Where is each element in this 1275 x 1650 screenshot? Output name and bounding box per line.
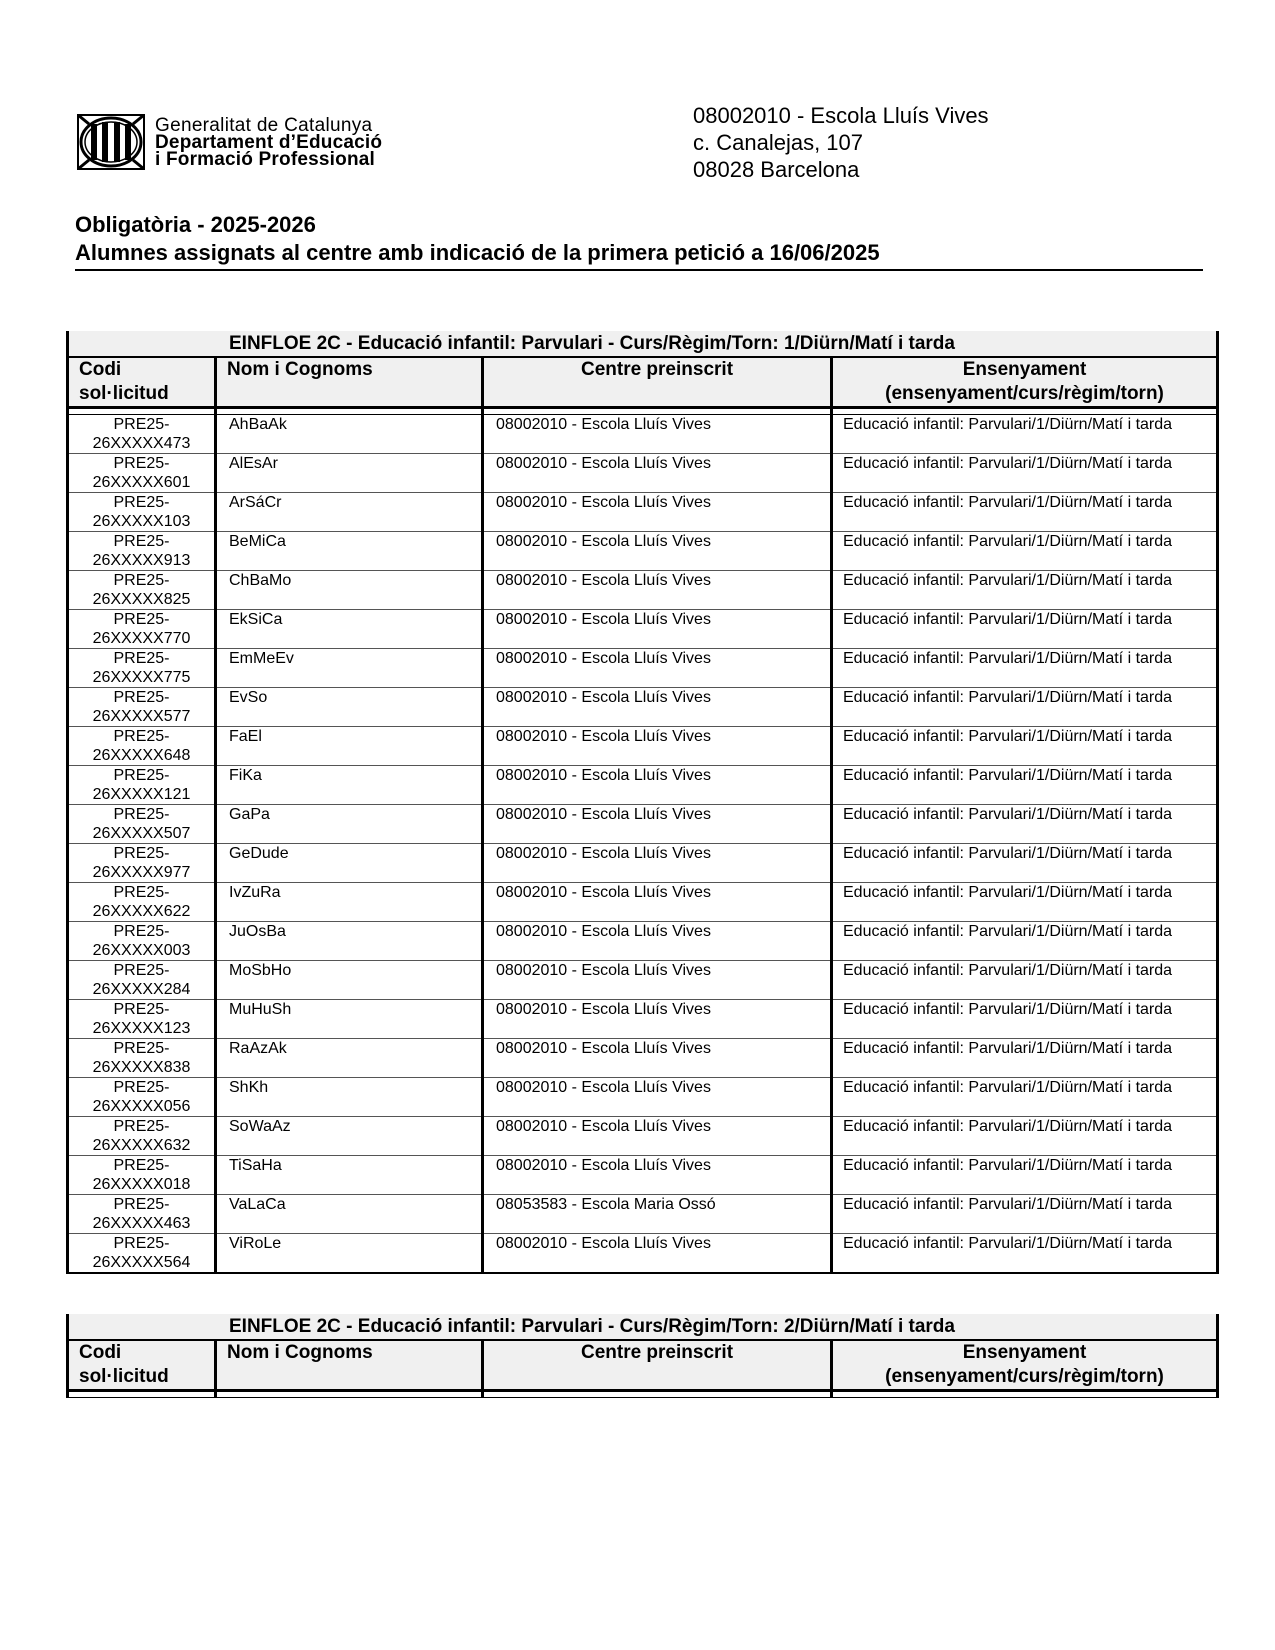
cell-ensenyament: Educació infantil: Parvulari/1/Diürn/Mat… [832, 1000, 1218, 1039]
table-row: PRE25-26XXXXX770EkSiCa08002010 - Escola … [68, 610, 1218, 649]
table-row: PRE25-26XXXXX123MuHuSh08002010 - Escola … [68, 1000, 1218, 1039]
cell-ensenyament: Educació infantil: Parvulari/1/Diürn/Mat… [832, 532, 1218, 571]
cell-ensenyament: Educació infantil: Parvulari/1/Diürn/Mat… [832, 883, 1218, 922]
cell-codi: PRE25-26XXXXX564 [68, 1234, 216, 1274]
cell-nom: AhBaAk [216, 415, 483, 454]
cell-ensenyament: Educació infantil: Parvulari/1/Diürn/Mat… [832, 1195, 1218, 1234]
table-row: PRE25-26XXXXX632SoWaAz08002010 - Escola … [68, 1117, 1218, 1156]
table-row: PRE25-26XXXXX838RaAzAk08002010 - Escola … [68, 1039, 1218, 1078]
cell-centre: 08002010 - Escola Lluís Vives [483, 649, 832, 688]
cell-codi: PRE25-26XXXXX632 [68, 1117, 216, 1156]
cell-codi: PRE25-26XXXXX775 [68, 649, 216, 688]
column-header-nom: Nom i Cognoms [216, 357, 483, 408]
cell-nom: ShKh [216, 1078, 483, 1117]
cell-codi: PRE25-26XXXXX770 [68, 610, 216, 649]
cell-ensenyament: Educació infantil: Parvulari/1/Diürn/Mat… [832, 766, 1218, 805]
cell-centre: 08002010 - Escola Lluís Vives [483, 688, 832, 727]
cell-nom: VaLaCa [216, 1195, 483, 1234]
table-row: PRE25-26XXXXX977GeDude08002010 - Escola … [68, 844, 1218, 883]
students-table-course-1: EINFLOE 2C - Educació infantil: Parvular… [66, 331, 1219, 1274]
cell-centre: 08002010 - Escola Lluís Vives [483, 922, 832, 961]
cell-centre: 08002010 - Escola Lluís Vives [483, 571, 832, 610]
table-row: PRE25-26XXXXX564ViRoLe08002010 - Escola … [68, 1234, 1218, 1274]
cell-nom: GaPa [216, 805, 483, 844]
cell-nom: FaEl [216, 727, 483, 766]
cell-codi: PRE25-26XXXXX838 [68, 1039, 216, 1078]
cell-codi: PRE25-26XXXXX648 [68, 727, 216, 766]
column-header-nom: Nom i Cognoms [216, 1340, 483, 1391]
cell-nom: IvZuRa [216, 883, 483, 922]
cell-nom: FiKa [216, 766, 483, 805]
cell-codi: PRE25-26XXXXX463 [68, 1195, 216, 1234]
school-address: c. Canalejas, 107 [693, 129, 989, 156]
cell-centre: 08002010 - Escola Lluís Vives [483, 532, 832, 571]
cell-centre: 08002010 - Escola Lluís Vives [483, 493, 832, 532]
table-row: PRE25-26XXXXX473AhBaAk08002010 - Escola … [68, 415, 1218, 454]
cell-codi: PRE25-26XXXXX056 [68, 1078, 216, 1117]
students-table-course-2: EINFLOE 2C - Educació infantil: Parvular… [66, 1314, 1219, 1398]
cell-centre: 08002010 - Escola Lluís Vives [483, 454, 832, 493]
cell-ensenyament: Educació infantil: Parvulari/1/Diürn/Mat… [832, 1078, 1218, 1117]
cell-codi: PRE25-26XXXXX123 [68, 1000, 216, 1039]
cell-nom: ChBaMo [216, 571, 483, 610]
cell-centre: 08002010 - Escola Lluís Vives [483, 883, 832, 922]
cell-nom: AlEsAr [216, 454, 483, 493]
cell-codi: PRE25-26XXXXX018 [68, 1156, 216, 1195]
title-line-1: Obligatòria - 2025-2026 [75, 211, 1203, 239]
cell-centre: 08002010 - Escola Lluís Vives [483, 1039, 832, 1078]
cell-nom: ViRoLe [216, 1234, 483, 1274]
table-row: PRE25-26XXXXX577EvSo08002010 - Escola Ll… [68, 688, 1218, 727]
cell-centre: 08002010 - Escola Lluís Vives [483, 766, 832, 805]
table-row: PRE25-26XXXXX825ChBaMo08002010 - Escola … [68, 571, 1218, 610]
cell-centre: 08002010 - Escola Lluís Vives [483, 1156, 832, 1195]
catalan-government-emblem-icon [77, 114, 145, 170]
school-city: 08028 Barcelona [693, 156, 989, 183]
cell-nom: EkSiCa [216, 610, 483, 649]
cell-nom: ArSáCr [216, 493, 483, 532]
cell-codi: PRE25-26XXXXX121 [68, 766, 216, 805]
cell-nom: MuHuSh [216, 1000, 483, 1039]
cell-nom: TiSaHa [216, 1156, 483, 1195]
cell-codi: PRE25-26XXXXX622 [68, 883, 216, 922]
table-row: PRE25-26XXXXX121FiKa08002010 - Escola Ll… [68, 766, 1218, 805]
document-title: Obligatòria - 2025-2026 Alumnes assignat… [75, 211, 1203, 271]
table-row: PRE25-26XXXXX622IvZuRa08002010 - Escola … [68, 883, 1218, 922]
cell-nom: EmMeEv [216, 649, 483, 688]
column-header-codi: Codisol·licitud [68, 1340, 216, 1391]
cell-ensenyament: Educació infantil: Parvulari/1/Diürn/Mat… [832, 1156, 1218, 1195]
cell-nom: RaAzAk [216, 1039, 483, 1078]
cell-ensenyament: Educació infantil: Parvulari/1/Diürn/Mat… [832, 1234, 1218, 1274]
cell-centre: 08002010 - Escola Lluís Vives [483, 1117, 832, 1156]
table-caption: EINFLOE 2C - Educació infantil: Parvular… [68, 331, 1218, 357]
cell-ensenyament: Educació infantil: Parvulari/1/Diürn/Mat… [832, 727, 1218, 766]
table-caption: EINFLOE 2C - Educació infantil: Parvular… [68, 1314, 1218, 1340]
cell-centre: 08002010 - Escola Lluís Vives [483, 844, 832, 883]
cell-ensenyament: Educació infantil: Parvulari/1/Diürn/Mat… [832, 1039, 1218, 1078]
cell-nom: SoWaAz [216, 1117, 483, 1156]
cell-centre: 08002010 - Escola Lluís Vives [483, 1234, 832, 1274]
school-name: 08002010 - Escola Lluís Vives [693, 102, 989, 129]
logo-line-1: Generalitat de Catalunya [155, 117, 382, 134]
cell-ensenyament: Educació infantil: Parvulari/1/Diürn/Mat… [832, 961, 1218, 1000]
table-row: PRE25-26XXXXX018TiSaHa08002010 - Escola … [68, 1156, 1218, 1195]
cell-codi: PRE25-26XXXXX103 [68, 493, 216, 532]
cell-ensenyament: Educació infantil: Parvulari/1/Diürn/Mat… [832, 493, 1218, 532]
cell-centre: 08053583 - Escola Maria Ossó [483, 1195, 832, 1234]
table-row: PRE25-26XXXXX648FaEl08002010 - Escola Ll… [68, 727, 1218, 766]
cell-ensenyament: Educació infantil: Parvulari/1/Diürn/Mat… [832, 649, 1218, 688]
cell-codi: PRE25-26XXXXX473 [68, 415, 216, 454]
table-row: PRE25-26XXXXX507GaPa08002010 - Escola Ll… [68, 805, 1218, 844]
cell-codi: PRE25-26XXXXX825 [68, 571, 216, 610]
cell-ensenyament: Educació infantil: Parvulari/1/Diürn/Mat… [832, 571, 1218, 610]
table-row: PRE25-26XXXXX913BeMiCa08002010 - Escola … [68, 532, 1218, 571]
cell-nom: JuOsBa [216, 922, 483, 961]
cell-codi: PRE25-26XXXXX577 [68, 688, 216, 727]
school-address-block: 08002010 - Escola Lluís Vives c. Canalej… [693, 102, 989, 183]
cell-nom: MoSbHo [216, 961, 483, 1000]
cell-ensenyament: Educació infantil: Parvulari/1/Diürn/Mat… [832, 415, 1218, 454]
cell-centre: 08002010 - Escola Lluís Vives [483, 1000, 832, 1039]
cell-codi: PRE25-26XXXXX003 [68, 922, 216, 961]
cell-centre: 08002010 - Escola Lluís Vives [483, 1078, 832, 1117]
cell-codi: PRE25-26XXXXX977 [68, 844, 216, 883]
cell-ensenyament: Educació infantil: Parvulari/1/Diürn/Mat… [832, 844, 1218, 883]
table-row: PRE25-26XXXXX003JuOsBa08002010 - Escola … [68, 922, 1218, 961]
cell-ensenyament: Educació infantil: Parvulari/1/Diürn/Mat… [832, 688, 1218, 727]
table-row: PRE25-26XXXXX463VaLaCa08053583 - Escola … [68, 1195, 1218, 1234]
cell-ensenyament: Educació infantil: Parvulari/1/Diürn/Mat… [832, 610, 1218, 649]
cell-codi: PRE25-26XXXXX601 [68, 454, 216, 493]
cell-nom: EvSo [216, 688, 483, 727]
cell-ensenyament: Educació infantil: Parvulari/1/Diürn/Mat… [832, 805, 1218, 844]
cell-codi: PRE25-26XXXXX507 [68, 805, 216, 844]
cell-ensenyament: Educació infantil: Parvulari/1/Diürn/Mat… [832, 922, 1218, 961]
table-row: PRE25-26XXXXX284MoSbHo08002010 - Escola … [68, 961, 1218, 1000]
column-header-centre: Centre preinscrit [483, 357, 832, 408]
cell-ensenyament: Educació infantil: Parvulari/1/Diürn/Mat… [832, 1117, 1218, 1156]
cell-centre: 08002010 - Escola Lluís Vives [483, 727, 832, 766]
column-header-ensenyament: Ensenyament(ensenyament/curs/règim/torn) [832, 357, 1218, 408]
cell-centre: 08002010 - Escola Lluís Vives [483, 961, 832, 1000]
cell-nom: GeDude [216, 844, 483, 883]
table-row: PRE25-26XXXXX601AlEsAr08002010 - Escola … [68, 454, 1218, 493]
cell-nom: BeMiCa [216, 532, 483, 571]
title-line-2: Alumnes assignats al centre amb indicaci… [75, 239, 1203, 267]
cell-centre: 08002010 - Escola Lluís Vives [483, 805, 832, 844]
cell-ensenyament: Educació infantil: Parvulari/1/Diürn/Mat… [832, 454, 1218, 493]
column-header-ensenyament: Ensenyament(ensenyament/curs/règim/torn) [832, 1340, 1218, 1391]
table-row: PRE25-26XXXXX056ShKh08002010 - Escola Ll… [68, 1078, 1218, 1117]
cell-centre: 08002010 - Escola Lluís Vives [483, 415, 832, 454]
cell-codi: PRE25-26XXXXX913 [68, 532, 216, 571]
table-row: PRE25-26XXXXX775EmMeEv08002010 - Escola … [68, 649, 1218, 688]
cell-centre: 08002010 - Escola Lluís Vives [483, 610, 832, 649]
column-header-codi: Codisol·licitud [68, 357, 216, 408]
cell-codi: PRE25-26XXXXX284 [68, 961, 216, 1000]
department-logo: Generalitat de Catalunya Departament d’E… [77, 114, 382, 170]
logo-line-3: i Formació Professional [155, 151, 382, 168]
logo-line-2: Departament d’Educació [155, 134, 382, 151]
column-header-centre: Centre preinscrit [483, 1340, 832, 1391]
table-row: PRE25-26XXXXX103ArSáCr08002010 - Escola … [68, 493, 1218, 532]
